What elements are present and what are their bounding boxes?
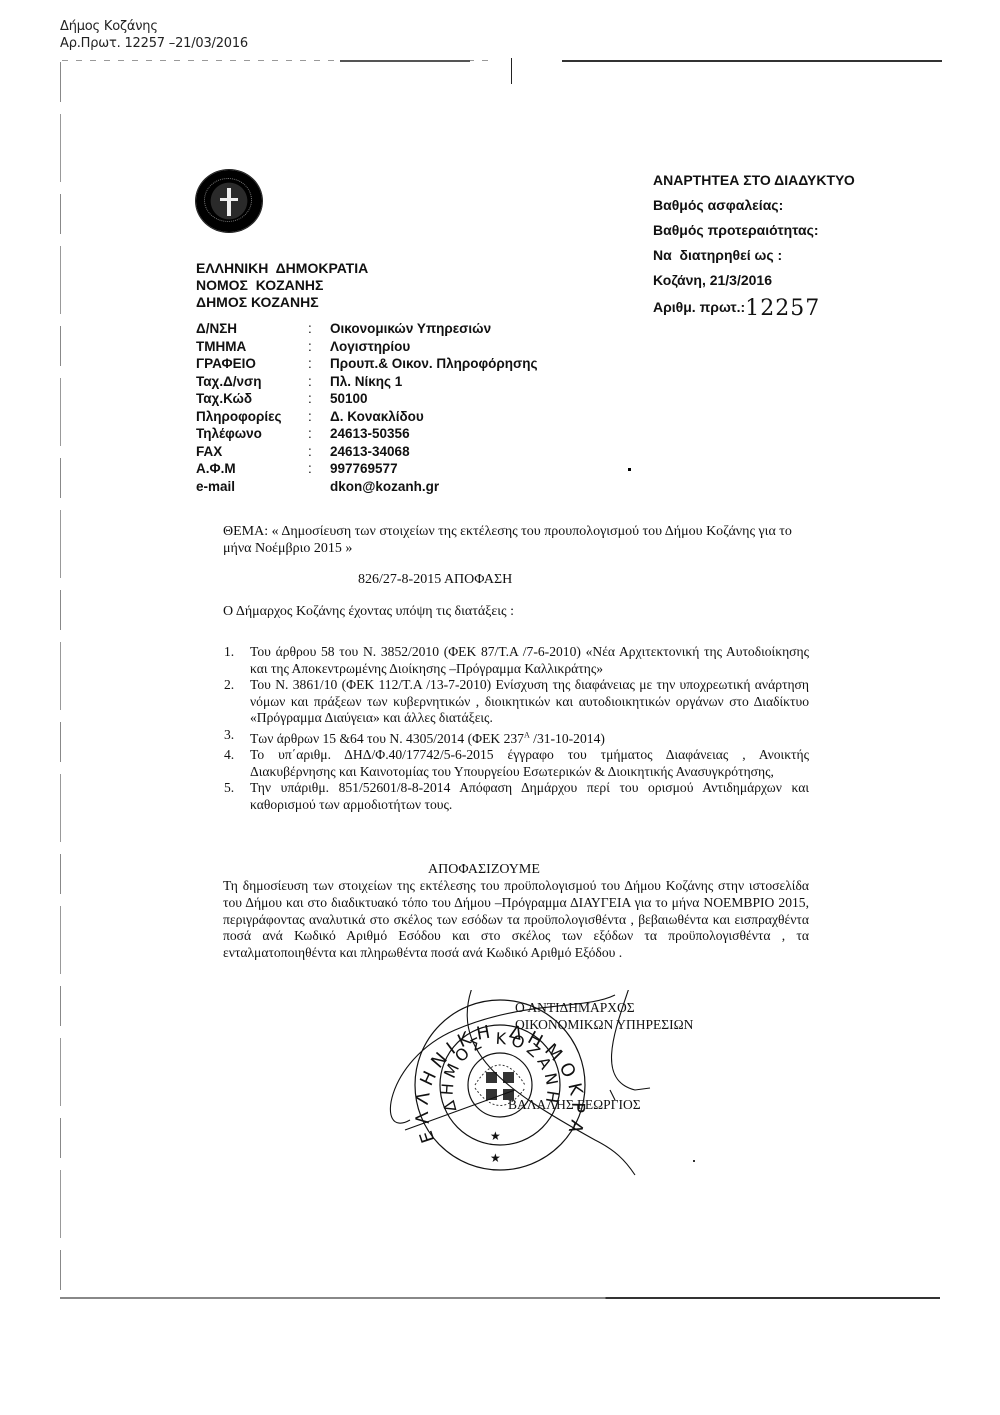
svg-text:★: ★	[490, 1129, 501, 1143]
signatory-title-line1: Ο ΑΝΤΙΔΗΜΑΡΧΟΣ	[515, 1000, 693, 1017]
info-value: 997769577	[330, 460, 537, 478]
security-level: Βαθμός ασφαλείας:	[653, 193, 855, 218]
provision-text: Του Ν. 3861/10 (ΦΕΚ 112/Τ.Α /13-7-2010) …	[250, 677, 809, 725]
org-line-prefecture: ΝΟΜΟΣ ΚΟΖΑΝΗΣ	[196, 277, 368, 294]
info-row: Α.Φ.Μ:997769577	[196, 460, 537, 478]
info-separator	[308, 478, 330, 496]
scan-border-line	[60, 1297, 940, 1299]
info-value: Οικονομικών Υπηρεσιών	[330, 320, 537, 338]
info-row: FAX:24613-34068	[196, 443, 537, 461]
info-separator: :	[308, 338, 330, 356]
info-row: Ταχ.Κώδ:50100	[196, 390, 537, 408]
info-label: Τηλέφωνο	[196, 425, 308, 443]
decision-body: Τη δημοσίευση των στοιχείων της εκτέλεση…	[223, 878, 809, 962]
info-label: Ταχ.Δ/νση	[196, 373, 308, 391]
info-row: Ταχ.Δ/νση:Πλ. Νίκης 1	[196, 373, 537, 391]
provision-item: 4.Το υπ΄αριθμ. ΔΗΔ/Φ.40/17742/5-6-2015 έ…	[223, 747, 809, 780]
info-value: Δ. Κονακλίδου	[330, 408, 537, 426]
protocol-line: Αριθμ. πρωτ.:12257	[653, 293, 855, 320]
info-separator: :	[308, 425, 330, 443]
coat-of-arms-icon	[196, 170, 262, 232]
signatory-title: Ο ΑΝΤΙΔΗΜΑΡΧΟΣ ΟΙΚΟΝΟΜΙΚΩΝ ΥΠΗΡΕΣΙΩΝ	[515, 1000, 693, 1033]
info-separator: :	[308, 408, 330, 426]
provision-text: Του άρθρου 58 του Ν. 3852/2010 (ΦΕΚ 87/Τ…	[250, 644, 809, 676]
decision-heading: ΑΠΟΦΑΣΙΖΟΥΜΕ	[428, 862, 540, 878]
org-line-municipality: ΔΗΜΟΣ ΚΟΖΑΝΗΣ	[196, 294, 368, 311]
info-value: Πλ. Νίκης 1	[330, 373, 537, 391]
scan-border-line	[60, 62, 61, 1298]
decision-reference: 826/27-8-2015 ΑΠΟΦΑΣΗ	[358, 572, 512, 588]
priority-level: Βαθμός προτεραιότητας:	[653, 218, 855, 243]
info-row: e-maildkon@kozanh.gr	[196, 478, 537, 496]
info-label: Ταχ.Κώδ	[196, 390, 308, 408]
provision-item: 3.Των άρθρων 15 &64 του Ν. 4305/2014 (ΦΕ…	[223, 727, 809, 747]
info-label: e-mail	[196, 478, 308, 496]
info-separator: :	[308, 460, 330, 478]
contact-info-table: Δ/ΝΣΗ:Οικονομικών ΥπηρεσιώνΤΜΗΜΑ:Λογιστη…	[196, 320, 537, 495]
info-value: 24613-34068	[330, 443, 537, 461]
info-row: ΓΡΑΦΕΙΟ:Προυπ.& Οικον. Πληροφόρησης	[196, 355, 537, 373]
provision-text: Των άρθρων 15 &64 του Ν. 4305/2014 (ΦΕΚ …	[250, 731, 605, 746]
digital-protocol-stamp: Δήμος Κοζάνης Αρ.Πρωτ. 12257 –21/03/2016	[60, 18, 248, 52]
info-value: Λογιστηρίου	[330, 338, 537, 356]
protocol-label: Αριθμ. πρωτ.:	[653, 299, 745, 315]
provision-item: 5.Την υπάριθμ. 851/52601/8-8-2014 Απόφασ…	[223, 780, 809, 813]
info-separator: :	[308, 443, 330, 461]
info-value: 50100	[330, 390, 537, 408]
publish-notice: ΑΝΑΡΤΗΤΕΑ ΣΤΟ ΔΙΑΔΥΚΤΥΟ	[653, 168, 855, 193]
retain-as: Να διατηρηθεί ως :	[653, 243, 855, 268]
scan-border-line	[340, 60, 470, 62]
svg-text:★: ★	[490, 1151, 501, 1165]
info-separator: :	[308, 320, 330, 338]
info-value: Προυπ.& Οικον. Πληροφόρησης	[330, 355, 537, 373]
scan-border-tick	[511, 58, 512, 84]
info-row: Τηλέφωνο:24613-50356	[196, 425, 537, 443]
scan-speck	[628, 468, 631, 471]
signatory-title-line2: ΟΙΚΟΝΟΜΙΚΩΝ ΥΠΗΡΕΣΙΩΝ	[515, 1017, 693, 1034]
info-row: Δ/ΝΣΗ:Οικονομικών Υπηρεσιών	[196, 320, 537, 338]
document-metadata: ΑΝΑΡΤΗΤΕΑ ΣΤΟ ΔΙΑΔΥΚΤΥΟ Βαθμός ασφαλείας…	[653, 168, 855, 320]
subject-line: ΘΕΜΑ: « Δημοσίευση των στοιχείων της εκτ…	[223, 523, 813, 557]
info-separator: :	[308, 373, 330, 391]
info-value: 24613-50356	[330, 425, 537, 443]
info-label: ΓΡΑΦΕΙΟ	[196, 355, 308, 373]
provision-item: 1.Του άρθρου 58 του Ν. 3852/2010 (ΦΕΚ 87…	[223, 644, 809, 677]
info-label: FAX	[196, 443, 308, 461]
provisions-list: 1.Του άρθρου 58 του Ν. 3852/2010 (ΦΕΚ 87…	[223, 644, 809, 813]
signatory-name: ΒΑΛΑΛΗΣ ΓΕΩΡΓΙΟΣ	[508, 1097, 641, 1113]
info-row: ΤΜΗΜΑ:Λογιστηρίου	[196, 338, 537, 356]
provision-text: Την υπάριθμ. 851/52601/8-8-2014 Απόφαση …	[250, 780, 809, 812]
info-label: Δ/ΝΣΗ	[196, 320, 308, 338]
protocol-number-handwritten: 12257	[745, 296, 820, 321]
info-label: Πληροφορίες	[196, 408, 308, 426]
info-separator: :	[308, 390, 330, 408]
info-separator: :	[308, 355, 330, 373]
provision-text: Το υπ΄αριθμ. ΔΗΔ/Φ.40/17742/5-6-2015 έγγ…	[250, 747, 809, 779]
provision-item: 2.Του Ν. 3861/10 (ΦΕΚ 112/Τ.Α /13-7-2010…	[223, 677, 809, 727]
intro-sentence: Ο Δήμαρχος Κοζάνης έχοντας υπόψη τις δια…	[223, 604, 514, 620]
org-line-republic: ΕΛΛΗΝΙΚΗ ΔΗΜΟΚΡΑΤΙΑ	[196, 260, 368, 277]
scan-border-line	[562, 60, 942, 62]
info-row: Πληροφορίες:Δ. Κονακλίδου	[196, 408, 537, 426]
info-label: ΤΜΗΜΑ	[196, 338, 308, 356]
issuing-authority: ΕΛΛΗΝΙΚΗ ΔΗΜΟΚΡΑΤΙΑ ΝΟΜΟΣ ΚΟΖΑΝΗΣ ΔΗΜΟΣ …	[196, 260, 368, 311]
place-date: Κοζάνη, 21/3/2016	[653, 268, 855, 293]
stamp-municipality: Δήμος Κοζάνης	[60, 18, 248, 35]
info-value: dkon@kozanh.gr	[330, 478, 537, 496]
stamp-protocol-number: Αρ.Πρωτ. 12257 –21/03/2016	[60, 35, 248, 52]
info-label: Α.Φ.Μ	[196, 460, 308, 478]
